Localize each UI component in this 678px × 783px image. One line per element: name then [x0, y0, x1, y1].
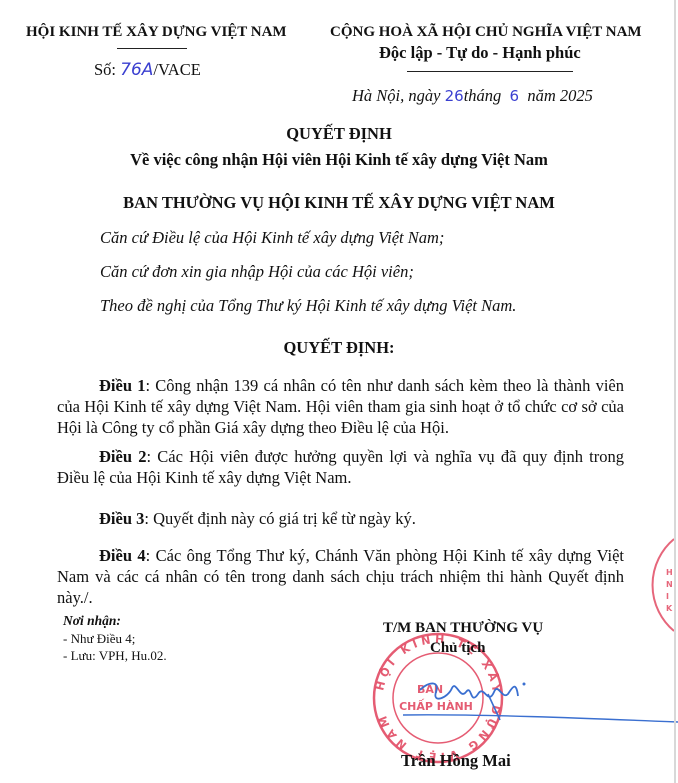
handwritten-signature — [400, 670, 678, 730]
issuing-authority: BAN THƯỜNG VỤ HỘI KINH TẾ XÂY DỰNG VIỆT … — [0, 193, 678, 213]
svg-text:I: I — [666, 592, 669, 601]
date-day: 26 — [445, 87, 464, 105]
issue-date: Hà Nội, ngày 26tháng 6 năm 2025 — [352, 86, 593, 106]
svg-text:N: N — [666, 580, 673, 589]
date-year: năm 2025 — [527, 86, 593, 105]
stamp-inner-line1: BAN — [417, 683, 443, 696]
org-underline — [117, 48, 187, 49]
decision-heading: QUYẾT ĐỊNH: — [0, 338, 678, 358]
article-4: Điều 4: Các ông Tổng Thư ký, Chánh Văn p… — [57, 545, 624, 608]
doc-number: Số: 76A/VACE — [94, 60, 201, 80]
doc-number-suffix: /VACE — [153, 60, 200, 79]
article-label: Điều 3 — [99, 509, 144, 528]
basis-item: Căn cứ Điều lệ của Hội Kinh tế xây dựng … — [100, 228, 444, 248]
motto-underline — [407, 71, 573, 72]
doc-number-handwritten: 76A — [120, 60, 153, 80]
date-place: Hà Nội, ngày — [352, 86, 445, 105]
article-3: Điều 3: Quyết định này có giá trị kể từ … — [57, 508, 624, 529]
decision-subject: Về việc công nhận Hội viên Hội Kinh tế x… — [0, 150, 678, 170]
decision-title: QUYẾT ĐỊNH — [0, 124, 678, 144]
article-label: Điều 2 — [99, 447, 146, 466]
signature-position: Chủ tịch — [430, 640, 485, 657]
article-text: : Quyết định này có giá trị kể từ ngày k… — [144, 509, 416, 528]
document-page: HỘI KINH TẾ XÂY DỰNG VIỆT NAM Số: 76A/VA… — [0, 0, 676, 783]
article-label: Điều 4 — [99, 546, 146, 565]
stamp-inner-line2: CHẤP HÀNH — [399, 698, 473, 713]
basis-item: Căn cứ đơn xin gia nhập Hội của các Hội … — [100, 262, 414, 282]
motto: Độc lập - Tự do - Hạnh phúc — [379, 43, 581, 63]
signer-name: Trần Hồng Mai — [401, 751, 511, 771]
recipients-heading: Nơi nhận: — [63, 613, 121, 629]
org-name: HỘI KINH TẾ XÂY DỰNG VIỆT NAM — [26, 24, 287, 41]
page-edge — [674, 0, 676, 783]
signature-on-behalf: T/M BAN THƯỜNG VỤ — [383, 620, 543, 637]
recipient-item: - Như Điều 4; — [63, 631, 135, 647]
country-name: CỘNG HOÀ XÃ HỘI CHỦ NGHĨA VIỆT NAM — [330, 24, 642, 41]
date-month: 6 — [510, 87, 520, 105]
basis-item: Theo đề nghị của Tổng Thư ký Hội Kinh tế… — [100, 296, 516, 316]
date-month-label: tháng — [464, 86, 502, 105]
article-label: Điều 1 — [99, 376, 145, 395]
article-1: Điều 1: Công nhận 139 cá nhân có tên như… — [57, 375, 624, 438]
doc-number-prefix: Số: — [94, 60, 120, 79]
svg-text:K: K — [666, 604, 673, 613]
recipient-item: - Lưu: VPH, Hu.02. — [63, 648, 167, 664]
svg-text:H: H — [666, 568, 673, 577]
article-2: Điều 2: Các Hội viên được hưởng quyền lợ… — [57, 446, 624, 488]
